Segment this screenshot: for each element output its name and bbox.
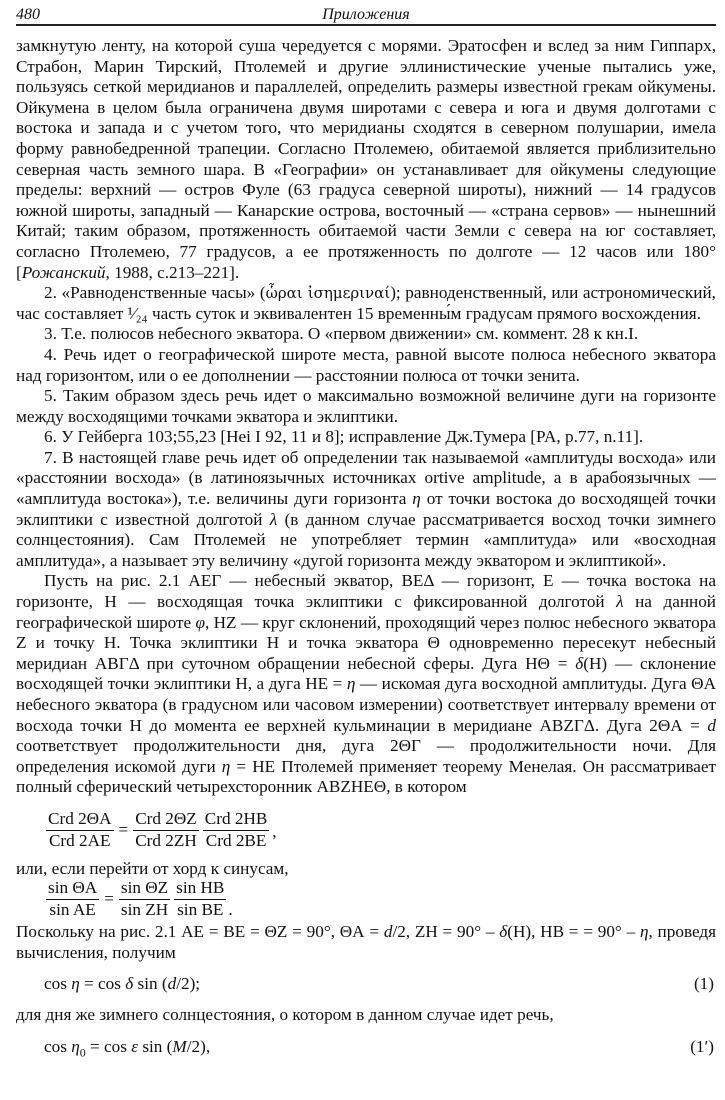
- page-body: замкнутую ленту, на которой суша чередуе…: [16, 36, 716, 1073]
- formula-sine-ratio: sin ΘAsin AE = sin ΘZsin ZH sin HBsin BE…: [44, 879, 716, 920]
- paragraph-since: Поскольку на рис. 2.1 АЕ = ВЕ = ΘZ = 90°…: [16, 922, 716, 963]
- citation-author: Рожанский: [22, 263, 106, 282]
- document-page: 480 Приложения замкнутую ленту, на котор…: [16, 0, 716, 26]
- running-title: Приложения: [16, 6, 716, 24]
- note-6: 6. У Гейберга 103;55,23 [Hei I 92, 11 и …: [16, 427, 716, 448]
- paragraph-continuation: замкнутую ленту, на которой суша чередуе…: [16, 36, 716, 283]
- paragraph-menelaus: Пусть на рис. 2.1 АЕГ — небесный экватор…: [16, 571, 716, 798]
- note-4: 4. Речь идет о географической широте мес…: [16, 345, 716, 386]
- equation-number: (1′): [690, 1036, 716, 1063]
- note-2: 2. «Равноденственные часы» (ὧραι ἰσημερι…: [16, 283, 716, 324]
- note-7: 7. В настоящей главе речь идет об опреде…: [16, 448, 716, 572]
- equation-number: (1): [694, 973, 716, 995]
- paragraph-sines-intro: или, если перейти от хорд к синусам,: [16, 859, 716, 880]
- header-rule: [16, 24, 716, 26]
- page-header: 480 Приложения: [16, 4, 716, 26]
- formula-chord-ratio: Crd 2ΘACrd 2AE = Crd 2ΘZCrd 2ZH Crd 2HBC…: [44, 810, 716, 851]
- equation-1: cos η = cos δ sin (d/2); (1): [16, 973, 716, 995]
- note-5: 5. Таким образом здесь речь идет о макси…: [16, 386, 716, 427]
- note-3: 3. Т.е. полюсов небесного экватора. О «п…: [16, 324, 716, 345]
- greek-term: ὧραι ἰσημεριναί: [266, 284, 391, 302]
- equation-1-prime: cos η0 = cos ε sin (M/2), (1′): [16, 1036, 716, 1063]
- paragraph-winter-solstice: для дня же зимнего солнцестояния, о кото…: [16, 1005, 716, 1026]
